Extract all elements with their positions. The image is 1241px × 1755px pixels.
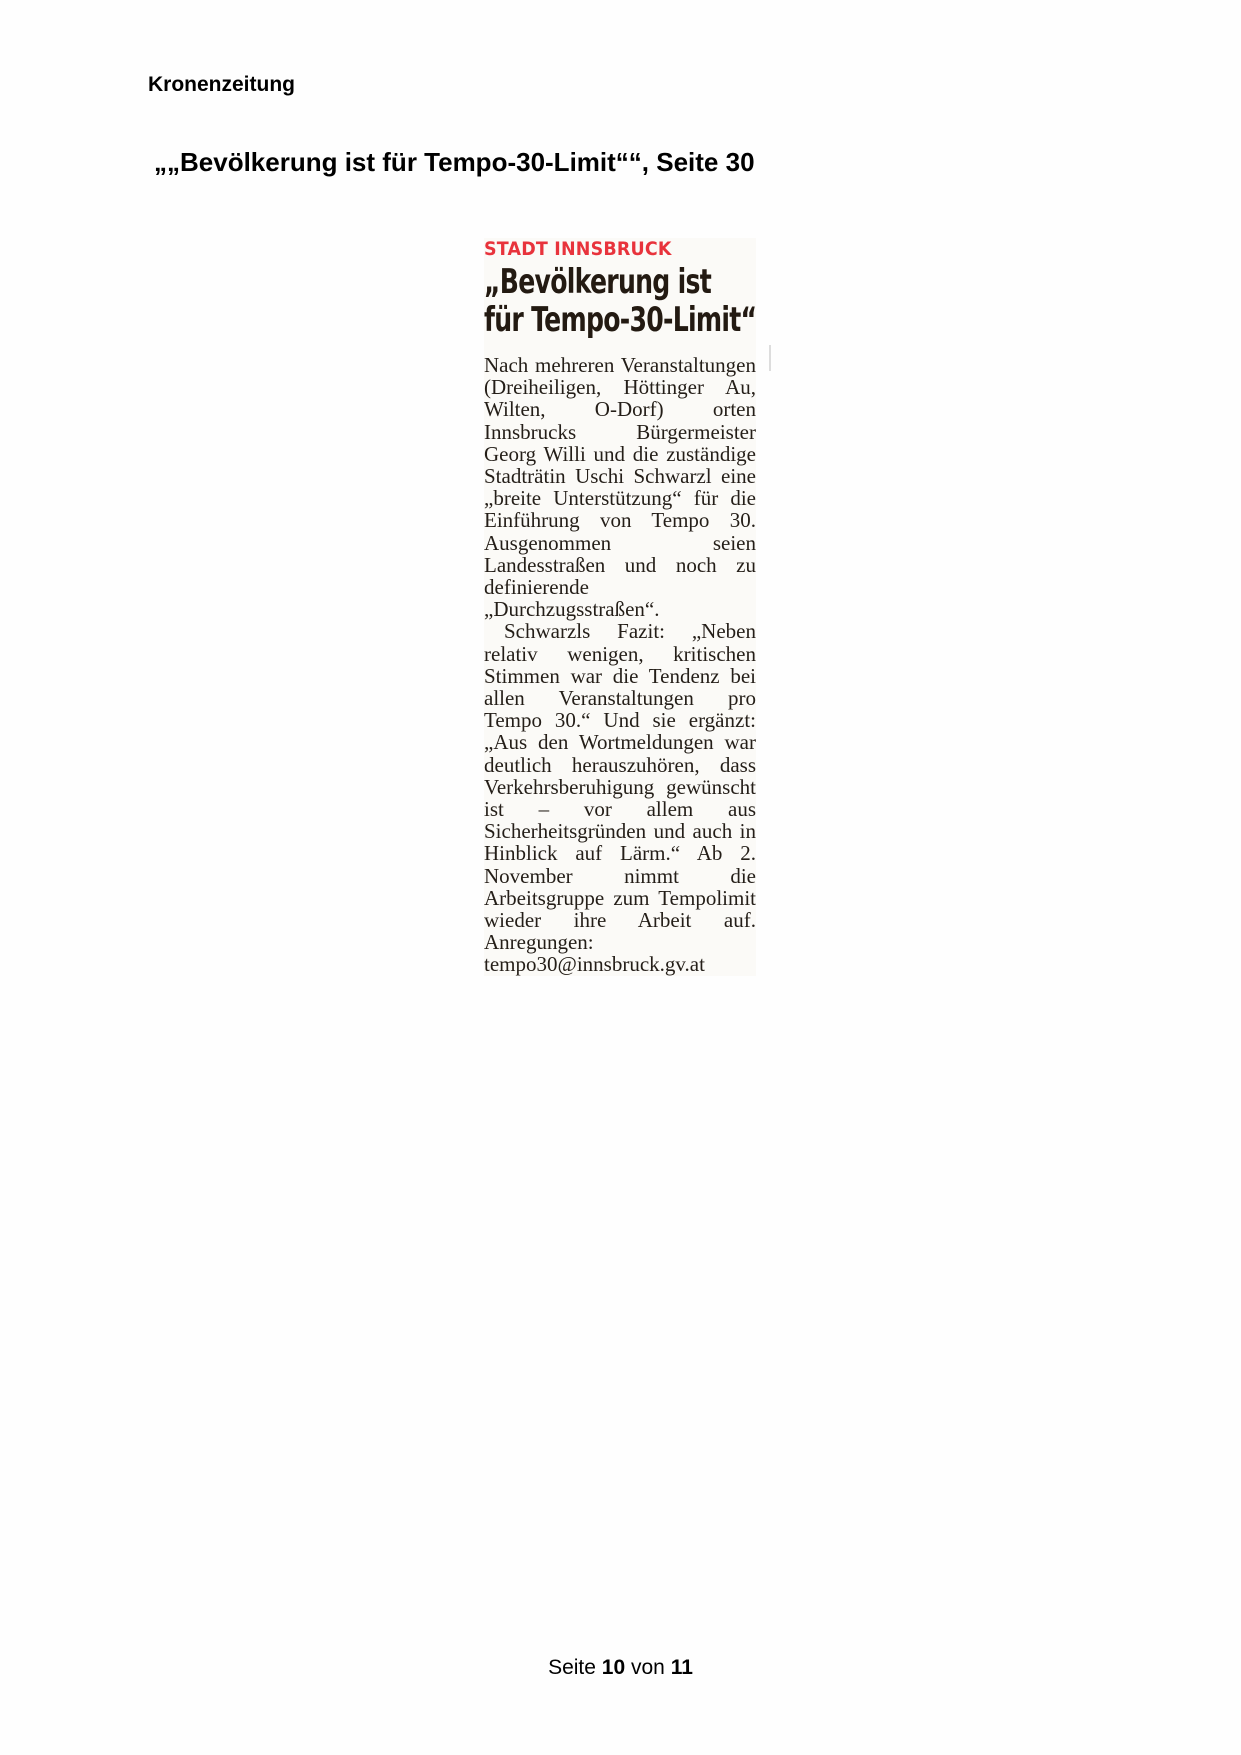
page-label: Seite [548,1656,596,1679]
publication-name: Kronenzeitung [148,73,295,97]
scan-edge-mark [769,345,771,371]
article-kicker: STADT INNSBRUCK [484,238,734,260]
newspaper-clipping: STADT INNSBRUCK „Bevölkerung ist für Tem… [484,238,756,976]
article-body: Nach mehreren Veranstaltungen (Dreiheili… [484,354,756,976]
article-headline: „Bevölkerung ist für Tempo-30-Limit“ [484,263,685,339]
total-page-number: 11 [671,1656,693,1679]
article-paragraph: Nach mehreren Veranstaltungen (Dreiheili… [484,354,756,620]
page-separator: von [631,1656,665,1679]
article-paragraph: Schwarzls Fazit: „Neben relativ wenigen,… [484,620,756,975]
current-page-number: 10 [602,1656,625,1679]
page-footer: Seite 10 von 11 [0,1656,1241,1680]
headline-line-1: „Bevölkerung ist [484,263,685,301]
headline-line-2: für Tempo-30-Limit“ [484,301,685,339]
document-title: „„Bevölkerung ist für Tempo-30-Limit““, … [154,147,755,178]
